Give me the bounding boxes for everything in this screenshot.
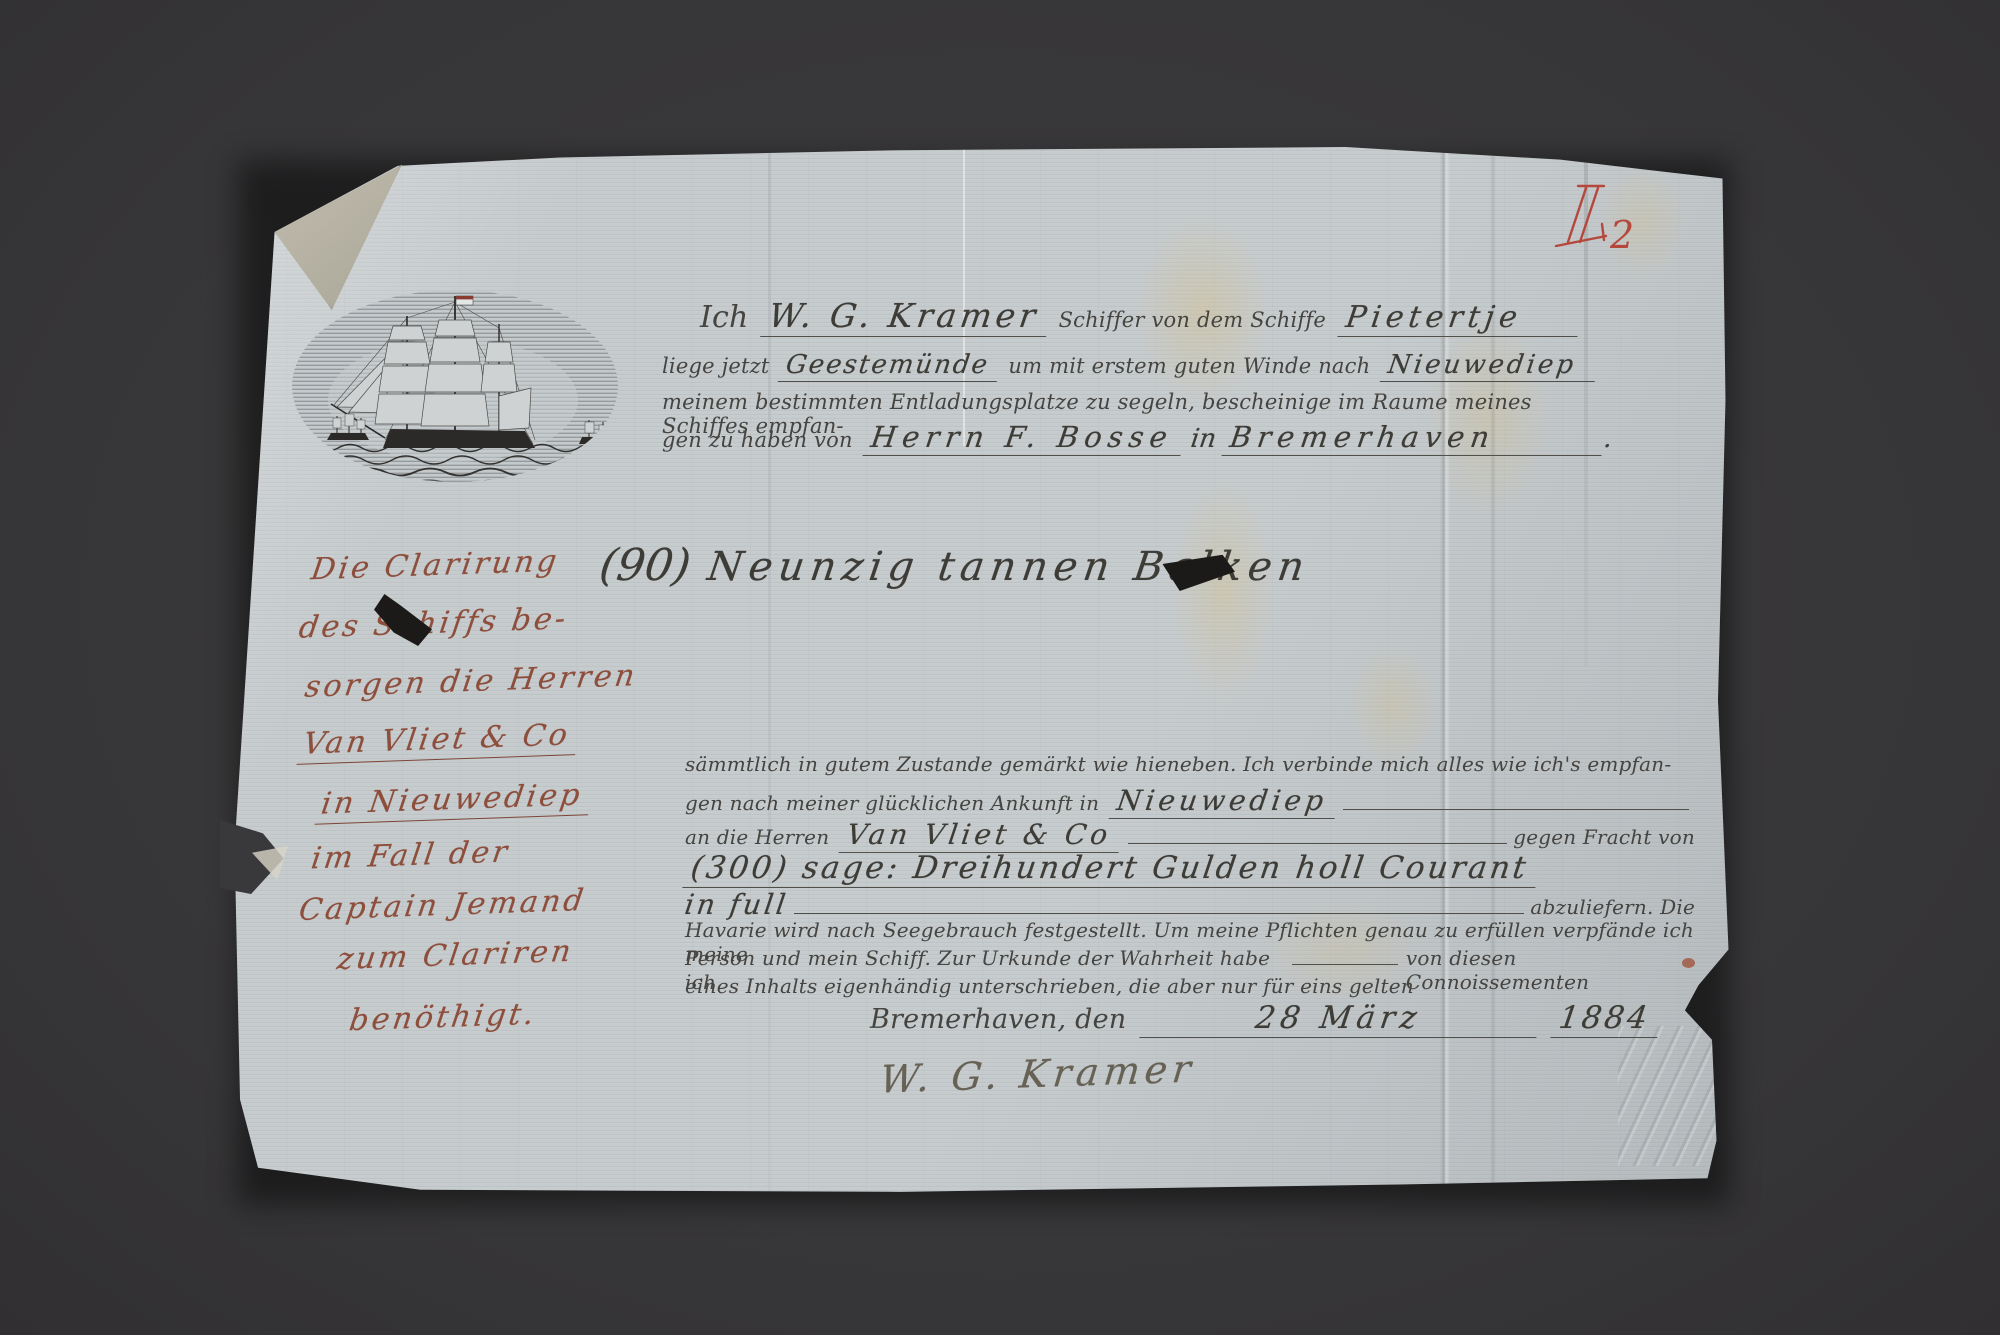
place-prefix: Bremerhaven, den [870, 1004, 1126, 1035]
ship-vignette [285, 280, 625, 508]
body-line-2: gen nach meiner glücklichen Ankunft in N… [685, 784, 1695, 819]
shipper-city-entry: Bremerhaven [1221, 420, 1606, 456]
crease [1618, 1026, 1718, 1166]
consignee-entry: Van Vliet & Co [839, 818, 1124, 853]
folio-letter-glyph [1556, 186, 1606, 246]
cargo-quantity: (90) [596, 540, 693, 591]
arrival-port-entry: Nieuwediep [1109, 784, 1340, 819]
freight-amount-entry: (300) sage: Dreihundert Gulden holl Cour… [682, 850, 1541, 888]
body-line-5: in full abzuliefern. Die [685, 888, 1695, 921]
printed-text: um mit erstem guten Winde nach [1008, 354, 1370, 378]
printed-text: gen nach meiner glücklichen Ankunft in [685, 791, 1099, 815]
printed-text: sämmtlich in gutem Zustande gemärkt wie … [685, 752, 1671, 776]
date-line: Bremerhaven, den 28 März 1884 [870, 1000, 1660, 1038]
printed-text: gen zu haben von [662, 428, 853, 452]
header-line-2: liege jetzt Geestemünde um mit erstem gu… [662, 350, 1597, 382]
shipper-entry: Herrn F. Bosse [862, 420, 1185, 456]
printed-text: liege jetzt [662, 354, 770, 378]
printed-text: abzuliefern. Die [1530, 895, 1695, 919]
mast-flag [456, 296, 473, 305]
body-line-4: (300) sage: Dreihundert Gulden holl Cour… [685, 850, 1695, 888]
year-entry: 1884 [1550, 1000, 1662, 1038]
margin-note-line: benöthigt. [347, 997, 539, 1038]
current-port-entry: Geestemünde [777, 350, 1000, 382]
freight-terms-entry: in full [683, 888, 791, 921]
ship-hull [383, 429, 535, 448]
destination-entry: Nieuwediep [1380, 350, 1599, 382]
body-line-3: an die Herren Van Vliet & Co gegen Frach… [685, 818, 1695, 853]
printed-text: eines Inhalts eigenhändig unterschrieben… [685, 974, 1414, 998]
printed-text: Ich [700, 300, 749, 335]
body-line-8: eines Inhalts eigenhändig unterschrieben… [685, 974, 1695, 998]
header-line-4: gen zu haben von Herrn F. Bosse in Breme… [662, 420, 1612, 456]
blank-rule [1292, 950, 1398, 965]
ship-name-entry: Pietertje [1337, 300, 1582, 337]
header-line-1: Ich W. G. Kramer Schiffer von dem Schiff… [700, 296, 1580, 337]
blank-rule [1128, 829, 1508, 844]
date-entry: 28 März [1140, 1000, 1542, 1038]
margin-note-line: im Fall der [309, 835, 512, 877]
printed-text: gegen Fracht von [1513, 825, 1695, 849]
body-line-1: sämmtlich in gutem Zustande gemärkt wie … [685, 752, 1695, 776]
folio-number: 2 [1609, 213, 1634, 257]
blank-rule [1343, 795, 1689, 810]
folio-number-mark: 2 [1552, 178, 1662, 266]
scanned-document-background: 2 [0, 0, 2000, 1335]
ink-spot [1682, 958, 1695, 968]
captain-name-entry: W. G. Kramer [760, 296, 1052, 337]
handwritten-in: in [1188, 424, 1217, 454]
stain [1148, 426, 1298, 756]
printed-text: Schiffer von dem Schiffe [1059, 308, 1326, 332]
printed-text: an die Herren [685, 825, 829, 849]
blank-rule [794, 899, 1524, 914]
